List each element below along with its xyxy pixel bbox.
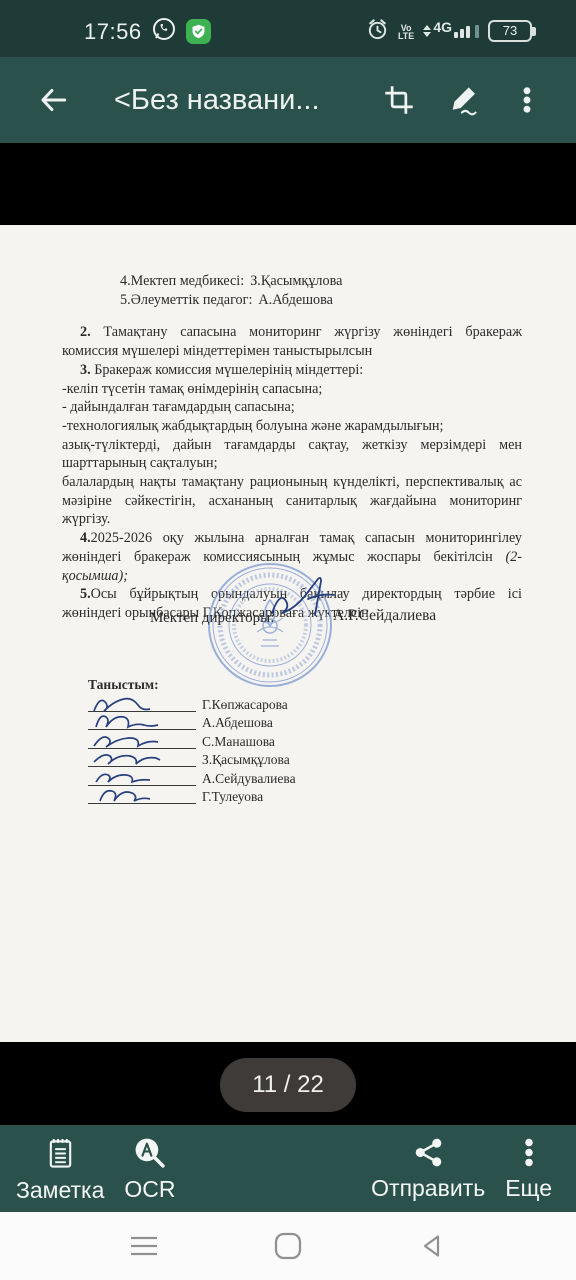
status-bar: 17:56 VoLTE 4G 73 [0, 0, 576, 57]
doc-list-item: балалардың нақты тамақтану рационының кү… [62, 473, 522, 529]
share-button[interactable]: Отправить [361, 1137, 495, 1200]
ack-row: А.Сейдувалиева [88, 767, 296, 786]
notepad-icon [45, 1136, 76, 1175]
doc-line: 5.Әлеуметтік педагог:А.Абдешова [120, 291, 522, 310]
security-app-icon [186, 19, 211, 44]
share-icon [413, 1137, 444, 1173]
director-label: Мектеп директоры: [150, 610, 274, 627]
home-icon[interactable] [266, 1224, 310, 1268]
signature [88, 786, 196, 805]
ack-row: З.Қасымқұлова [88, 749, 296, 768]
more-button[interactable]: Еще [495, 1137, 562, 1200]
director-name: А.Р.Сейдалиева [333, 607, 436, 625]
note-button[interactable]: Заметка [6, 1136, 114, 1202]
kebab-menu-icon[interactable] [500, 73, 554, 127]
doc-list-item: -технологиялық жабдықтардың болуына және… [62, 417, 522, 436]
signature [88, 693, 196, 712]
ack-row: Г.Тулеуова [88, 786, 296, 805]
bottom-toolbar: Заметка OCR Отправить Еще [0, 1125, 576, 1212]
app-bar: <Без названи... [0, 57, 576, 143]
android-nav-bar [0, 1212, 576, 1280]
acknowledgement-block: Таныстым: Г.Көпжасарова А.Абдешова С.Ман… [88, 677, 296, 804]
nav-back-icon[interactable] [410, 1224, 454, 1268]
edit-pen-icon[interactable] [436, 73, 490, 127]
signature [88, 712, 196, 731]
page-indicator: 11 / 22 [220, 1058, 356, 1112]
signal-4g-icon: 4G [423, 19, 479, 44]
recents-icon[interactable] [122, 1224, 166, 1268]
phone-screen: 17:56 VoLTE 4G 73 [0, 0, 576, 1280]
document-page[interactable]: 4.Мектеп медбикесі:З.Қасымқұлова 5.Әлеум… [0, 225, 576, 1042]
signature [88, 749, 196, 768]
doc-paragraph: 2. Тамақтану сапасына мониторинг жүргізу… [62, 323, 522, 360]
document-viewer[interactable]: 4.Мектеп медбикесі:З.Қасымқұлова 5.Әлеум… [0, 143, 576, 1125]
doc-list-item: - дайындалған тағамдардың сапасына; [62, 398, 522, 417]
ack-label: Таныстым: [88, 677, 296, 693]
ack-row: А.Абдешова [88, 712, 296, 731]
whatsapp-icon [151, 16, 177, 47]
battery-icon: 73 [488, 20, 532, 42]
back-arrow-icon[interactable] [26, 73, 80, 127]
alarm-icon [366, 18, 389, 46]
doc-paragraph: 3. Бракераж комиссия мүшелерінің міндетт… [62, 361, 522, 380]
ocr-magnifier-icon [133, 1136, 166, 1174]
doc-list-item: азық-түліктерді, дайын тағамдарды сақтау… [62, 436, 522, 473]
doc-line: 4.Мектеп медбикесі:З.Қасымқұлова [120, 272, 522, 291]
clock-text: 17:56 [84, 19, 142, 45]
ocr-button[interactable]: OCR [114, 1136, 185, 1201]
document-title: <Без названи... [114, 84, 362, 117]
ack-row: Г.Көпжасарова [88, 693, 296, 712]
kebab-menu-icon [514, 1137, 544, 1173]
doc-list-item: -келіп түсетін тамақ өнімдерінің сапасын… [62, 380, 522, 399]
signature [88, 730, 196, 749]
signature [88, 767, 196, 786]
crop-icon[interactable] [372, 73, 426, 127]
volte-indicator: VoLTE [398, 24, 414, 40]
ack-row: С.Манашова [88, 730, 296, 749]
